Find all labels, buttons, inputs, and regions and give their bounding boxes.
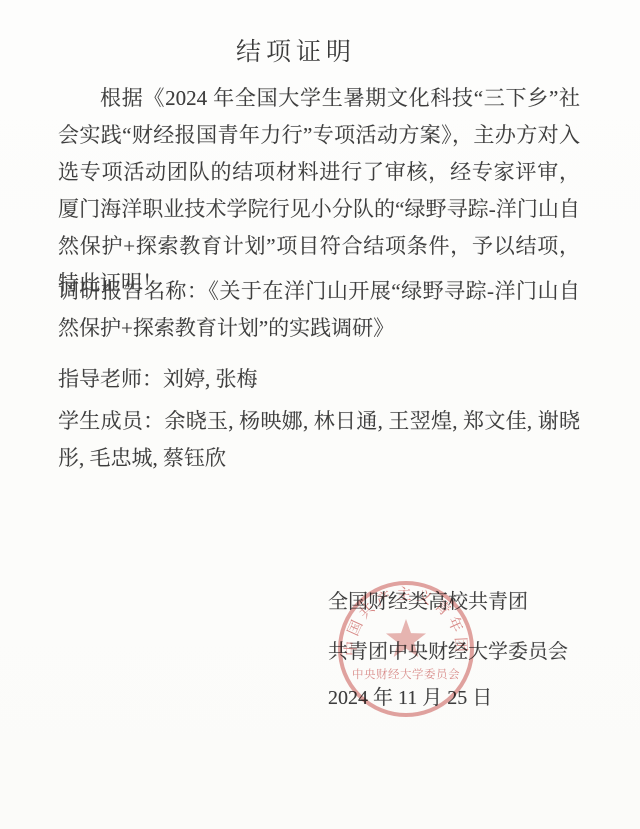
body-paragraph: 根据《2024 年全国大学生暑期文化科技“三下乡”社会实践“财经报国青年力行”专… (58, 80, 580, 302)
advisors-paragraph: 指导老师：刘婷, 张梅 (58, 361, 580, 398)
report-title-paragraph: 调研报告名称：《关于在洋门山开展“绿野寻踪-洋门山自然保护+探索教育计划”的实践… (58, 273, 580, 347)
members-paragraph: 学生成员：余晓玉, 杨映娜, 林日通, 王翌煌, 郑文佳, 谢晓彤, 毛忠城, … (58, 403, 580, 477)
certificate-page: 结项证明 根据《2024 年全国大学生暑期文化科技“三下乡”社会实践“财经报国青… (0, 0, 640, 829)
official-seal: 中国共产主义青年团 中央财经大学委员会 (333, 576, 479, 722)
certificate-title: 结项证明 (0, 32, 592, 68)
seal-center-text: 中央财经大学委员会 (352, 667, 460, 681)
seal-star-icon (386, 619, 426, 657)
